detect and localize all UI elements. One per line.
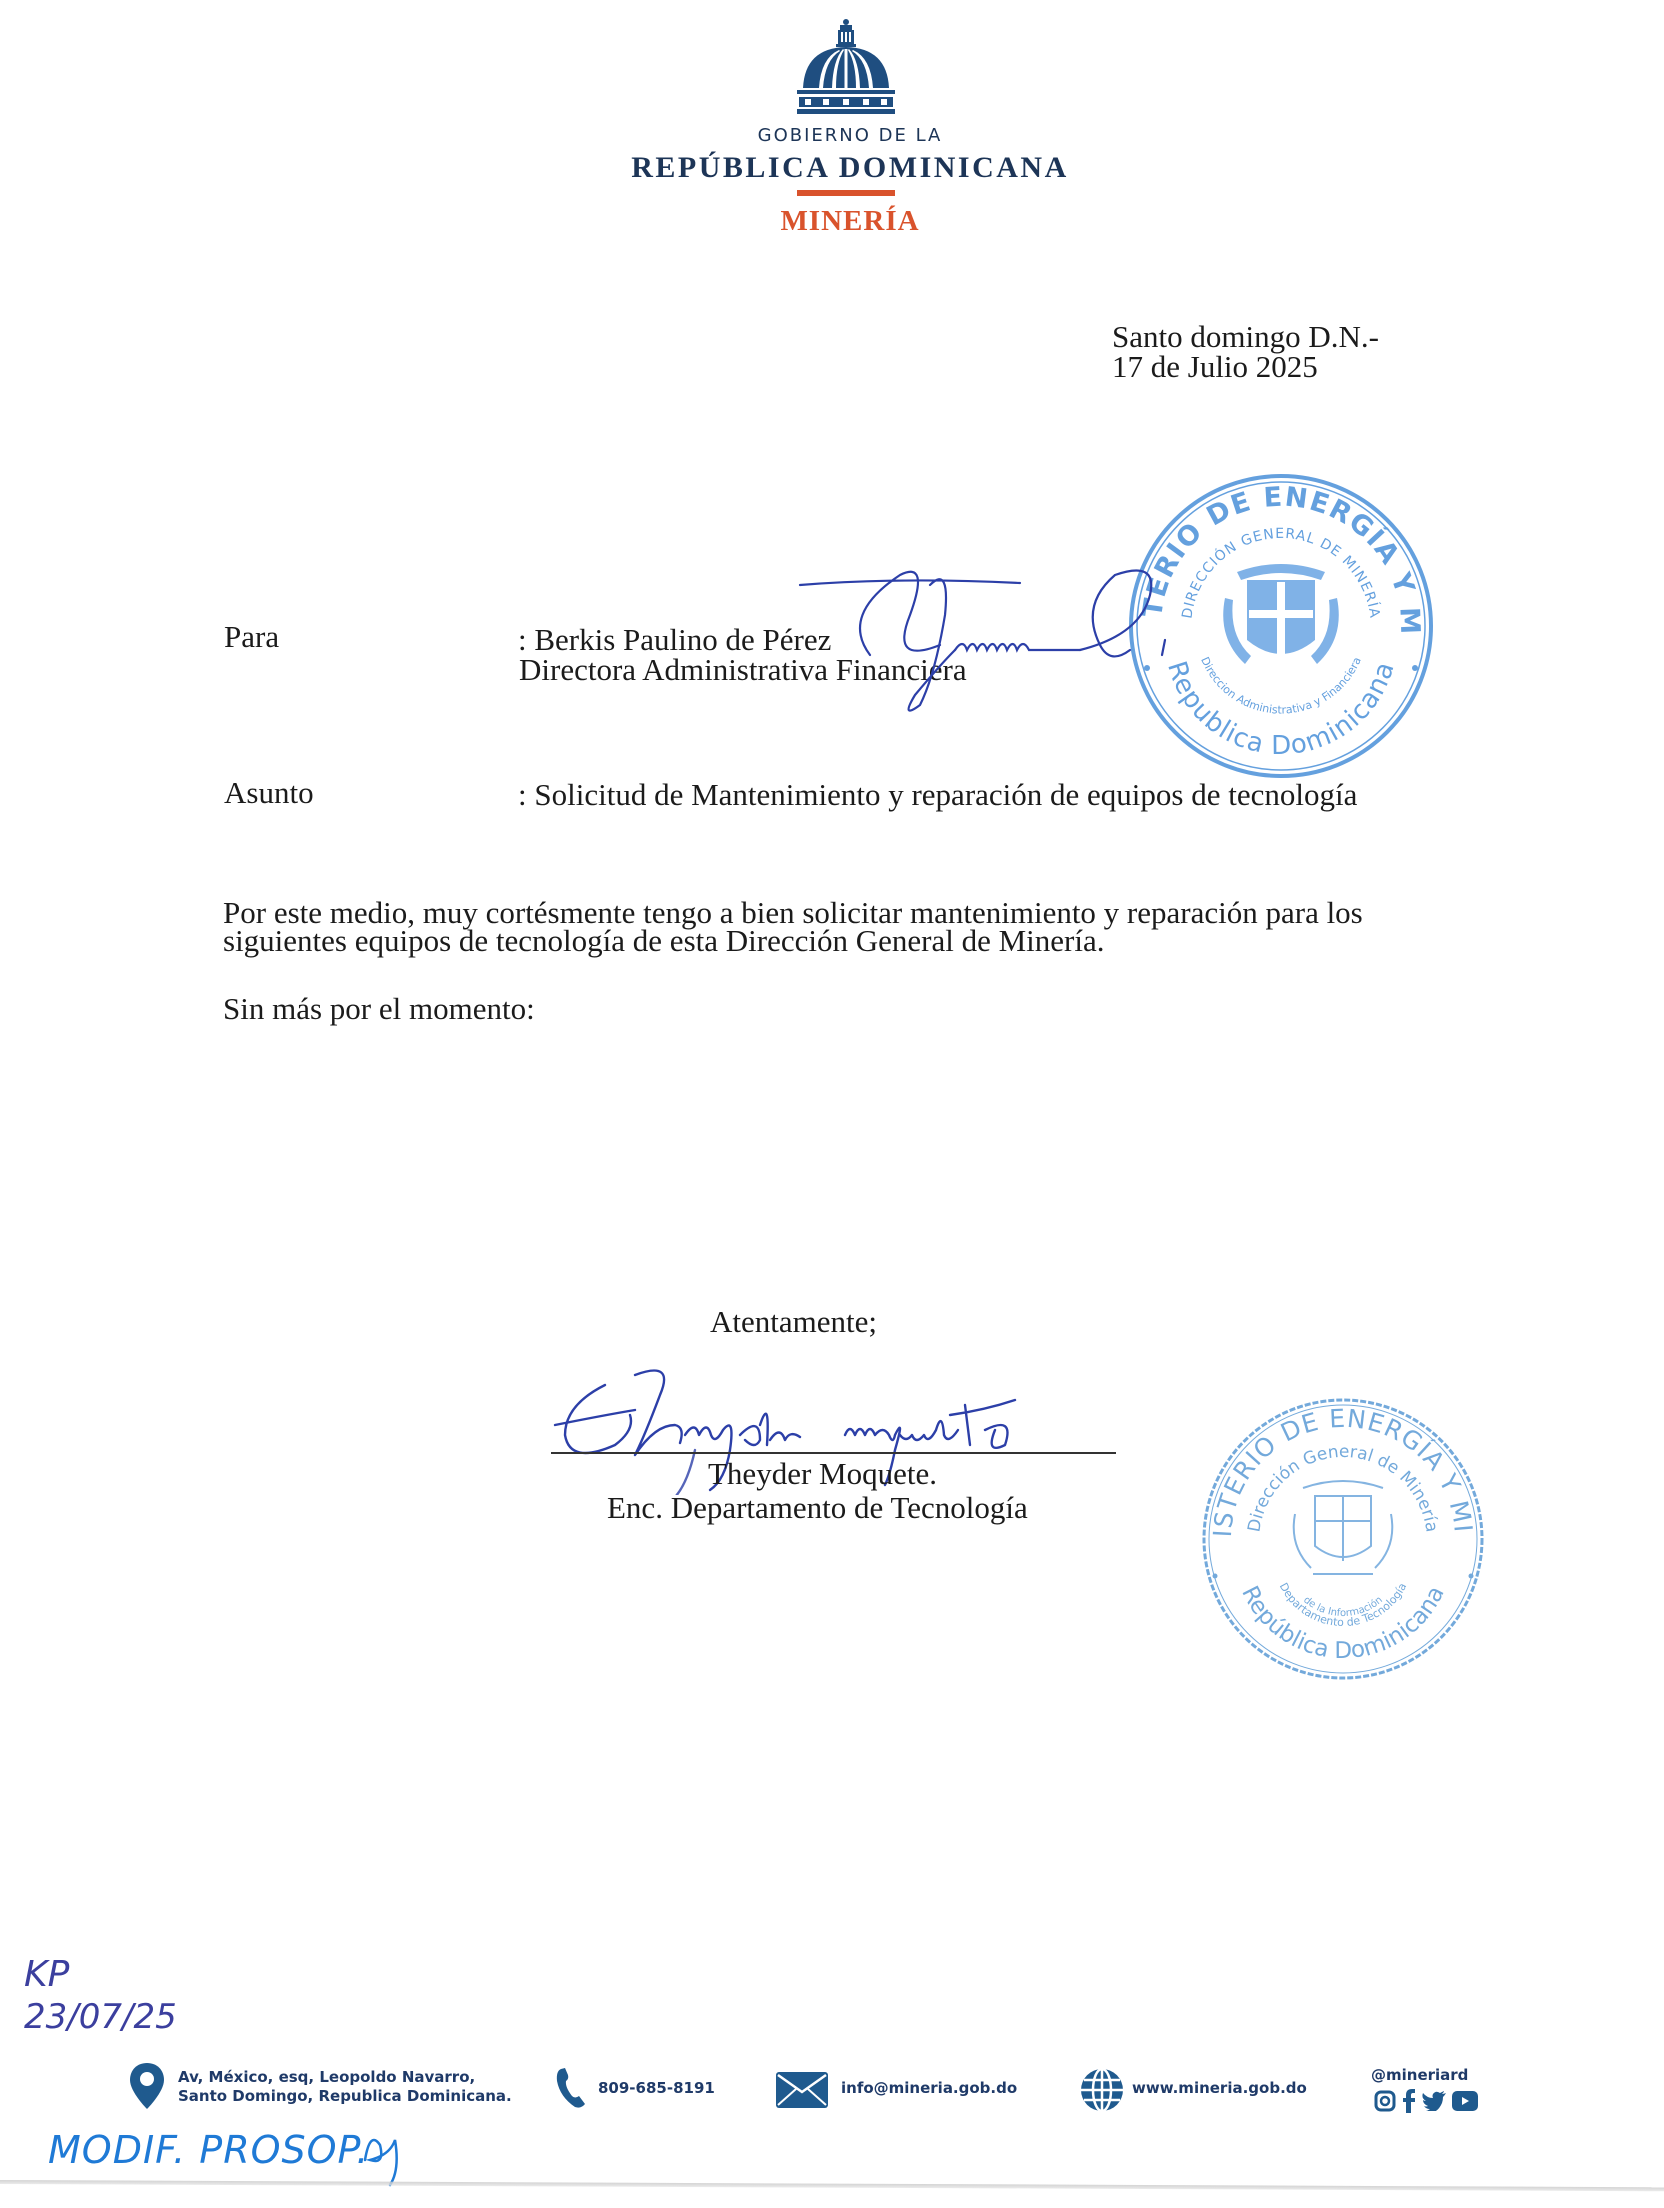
footer-address-line1: Av, México, esq, Leopoldo Navarro, bbox=[178, 2068, 512, 2087]
footer: Av, México, esq, Leopoldo Navarro, Santo… bbox=[0, 2055, 1664, 2125]
svg-text:Departamento de Tecnología: Departamento de Tecnología bbox=[1277, 1581, 1410, 1629]
author-name: Theyder Moquete. bbox=[708, 1459, 937, 1489]
recipient-signature bbox=[780, 555, 1210, 725]
letterhead-agency-line: MINERÍA bbox=[600, 205, 1100, 238]
letterhead-country-line: REPÚBLICA DOMINICANA bbox=[600, 151, 1100, 185]
footer-social-icons bbox=[1374, 2089, 1478, 2113]
svg-text:Direccion Administrativa y Fin: Direccion Administrativa y Financiera bbox=[1198, 655, 1364, 717]
place-line: Santo domingo D.N.- bbox=[1112, 322, 1379, 352]
coat-of-arms-icon bbox=[1294, 1481, 1393, 1574]
scan-bottom-edge bbox=[0, 2180, 1664, 2191]
handwritten-initial-mark bbox=[355, 2120, 415, 2190]
recipient-label: Para bbox=[224, 622, 279, 652]
footer-phone[interactable]: 809-685-8191 bbox=[598, 2079, 715, 2097]
author-position: Enc. Departamento de Tecnología bbox=[607, 1493, 1028, 1523]
closing-salutation: Atentamente; bbox=[710, 1307, 877, 1337]
letterhead: GOBIERNO DE LA REPÚBLICA DOMINICANA MINE… bbox=[600, 15, 1100, 245]
body-closing-line: Sin más por el momento: bbox=[223, 994, 535, 1024]
footer-social-handle[interactable]: @mineriard bbox=[1371, 2066, 1468, 2084]
letterhead-government-line: GOBIERNO DE LA bbox=[600, 125, 1100, 146]
globe-icon bbox=[1080, 2067, 1124, 2113]
capitol-dome-icon bbox=[795, 18, 897, 116]
date-line: 17 de Julio 2025 bbox=[1112, 352, 1318, 382]
letterhead-divider bbox=[797, 190, 895, 196]
mail-icon bbox=[776, 2072, 828, 2108]
subject-text: : Solicitud de Mantenimiento y reparació… bbox=[518, 780, 1357, 810]
official-stamp-technology: MINISTERIO DE ENERGÍA Y MINAS Dirección … bbox=[1195, 1396, 1491, 1682]
footer-address-line2: Santo Domingo, Republica Dominicana. bbox=[178, 2087, 512, 2106]
facebook-icon[interactable] bbox=[1402, 2089, 1416, 2113]
phone-icon bbox=[555, 2067, 589, 2109]
location-pin-icon bbox=[130, 2063, 164, 2109]
body-paragraph-line2: siguientes equipos de tecnología de esta… bbox=[223, 926, 1104, 956]
youtube-icon[interactable] bbox=[1452, 2091, 1478, 2111]
signature-line bbox=[551, 1452, 1116, 1454]
footer-website[interactable]: www.mineria.gob.do bbox=[1132, 2079, 1307, 2097]
subject-label: Asunto bbox=[224, 778, 314, 808]
footer-address: Av, México, esq, Leopoldo Navarro, Santo… bbox=[178, 2068, 512, 2106]
svg-text:KP: KP bbox=[24, 1954, 70, 1995]
handwritten-annotation-note: MODIF. PROSOP. bbox=[48, 2128, 369, 2172]
handwritten-annotation-initials: KP 23/07/25 bbox=[20, 1950, 260, 2040]
instagram-icon[interactable] bbox=[1374, 2090, 1396, 2112]
twitter-icon[interactable] bbox=[1422, 2091, 1446, 2111]
footer-email[interactable]: info@mineria.gob.do bbox=[841, 2079, 1017, 2097]
svg-text:23/07/25: 23/07/25 bbox=[24, 1997, 177, 2037]
